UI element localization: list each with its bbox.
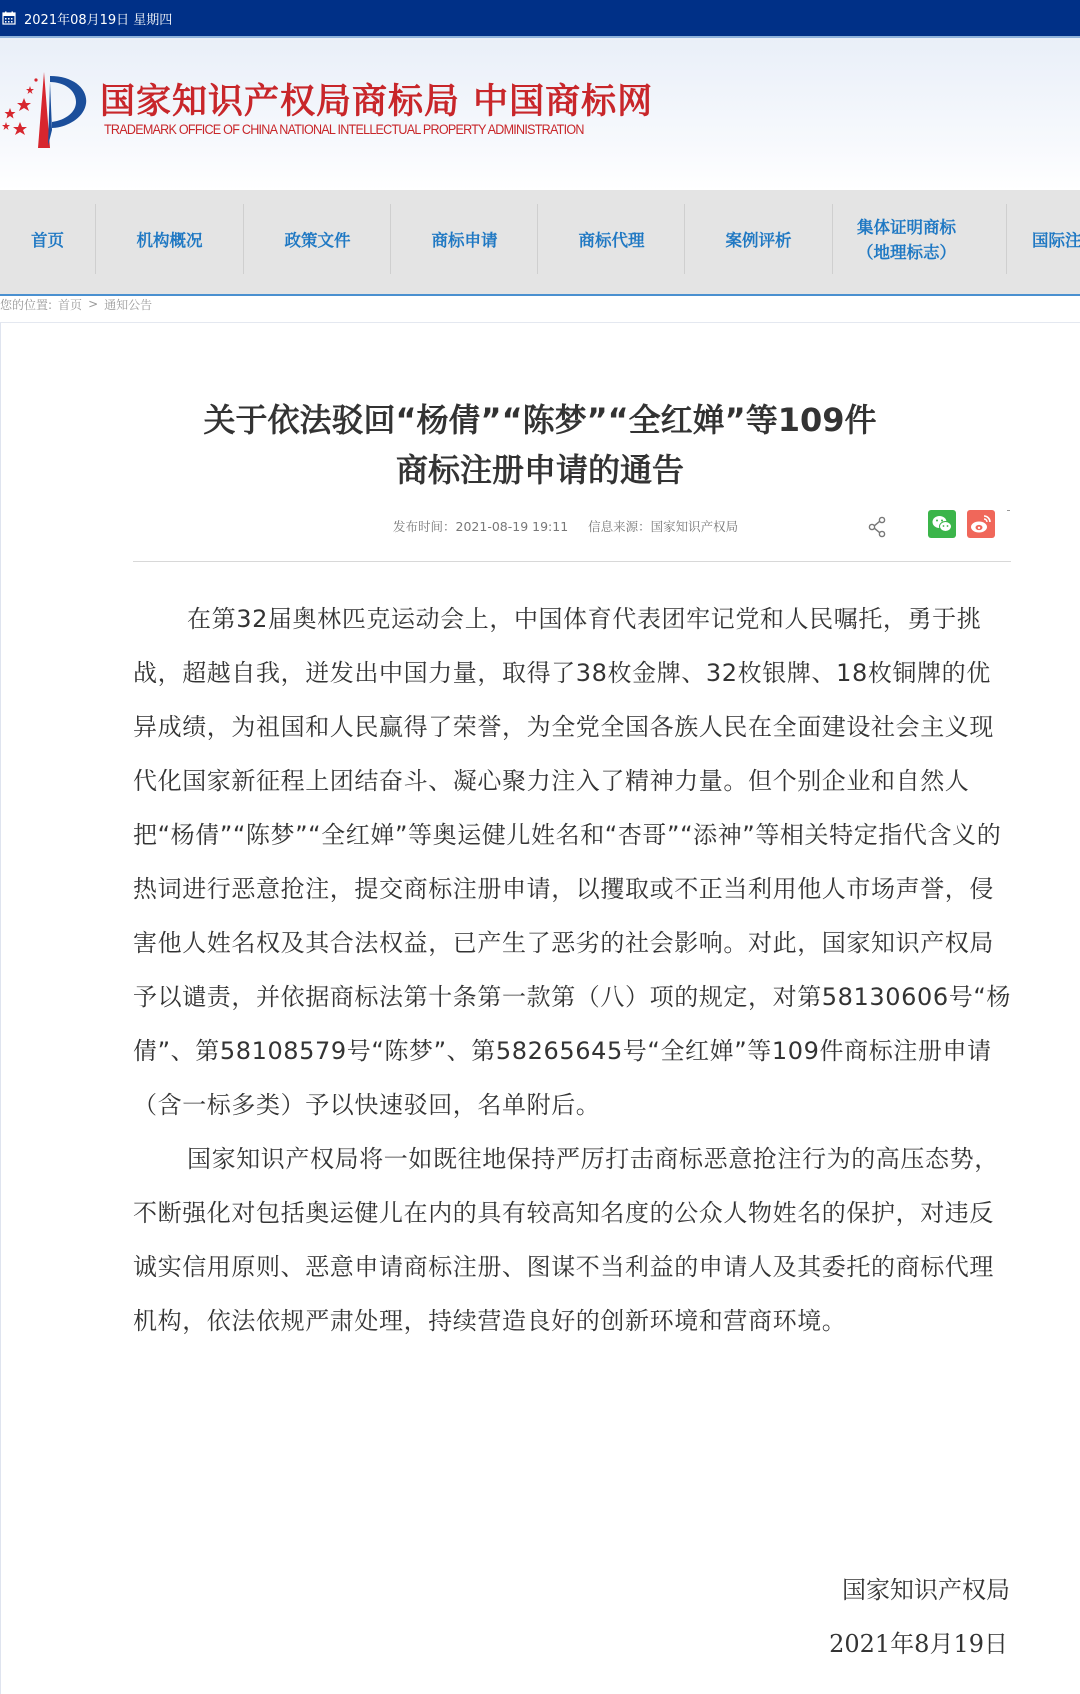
- nav-item-policy[interactable]: 政策文件: [244, 204, 391, 276]
- nav-item-about[interactable]: 机构概况: [96, 204, 243, 276]
- nav-item-agency[interactable]: 商标代理: [538, 204, 685, 276]
- main-nav: 首页 机构概况 政策文件 商标申请 商标代理 案例评析 集体证明商标 （地理标志…: [0, 190, 1080, 296]
- article-meta: 发布时间：2021-08-19 19:11 信息来源：国家知识产权局: [393, 517, 754, 535]
- breadcrumb: 您的位置: 首页 > 通知公告: [0, 293, 158, 315]
- site-header: 国家知识产权局商标局 中国商标网 TRADEMARK OFFICE OF CHI…: [0, 38, 1080, 190]
- meta-divider: [133, 561, 1011, 562]
- breadcrumb-current[interactable]: 通知公告: [104, 296, 152, 313]
- current-date: 2021年08月19日 星期四: [24, 9, 172, 28]
- nav-item-application[interactable]: 商标申请: [391, 204, 538, 276]
- breadcrumb-separator: >: [88, 297, 98, 311]
- source: 信息来源：国家知识产权局: [588, 519, 738, 534]
- site-title-cn: 国家知识产权局商标局 中国商标网: [100, 74, 653, 124]
- site-title-en: TRADEMARK OFFICE OF CHINA NATIONAL INTEL…: [104, 122, 584, 137]
- breadcrumb-home-link[interactable]: 首页: [58, 296, 82, 313]
- nav-item-collective-marks[interactable]: 集体证明商标 （地理标志）: [833, 204, 980, 276]
- nav-divider: [1006, 204, 1007, 274]
- decorative-tick: [1007, 510, 1010, 511]
- nav-item-home[interactable]: 首页: [0, 204, 95, 276]
- signature-date: 2021年8月19日: [829, 1624, 1008, 1659]
- article-paragraph: 在第32届奥林匹克运动会上，中国体育代表团牢记党和人民嘱托，勇于挑战，超越自我，…: [133, 592, 1013, 1132]
- article-paragraph: 国家知识产权局将一如既往地保持严厉打击商标恶意抢注行为的高压态势，不断强化对包括…: [133, 1132, 1013, 1348]
- article-title-line1: 关于依法驳回“杨倩”“陈梦”“全红婵”等109件: [0, 394, 1080, 446]
- breadcrumb-prefix: 您的位置:: [0, 296, 52, 313]
- calendar-icon: [2, 11, 16, 25]
- nav-item-cases[interactable]: 案例评析: [685, 204, 832, 276]
- signature-org: 国家知识产权局: [842, 1570, 1010, 1605]
- article-title-line2: 商标注册申请的通告: [0, 444, 1080, 496]
- top-date-bar: 2021年08月19日 星期四: [0, 0, 1080, 38]
- nav-item-international[interactable]: 国际注: [1010, 204, 1080, 276]
- article-body: 在第32届奥林匹克运动会上，中国体育代表团牢记党和人民嘱托，勇于挑战，超越自我，…: [133, 592, 1013, 1348]
- share-icon[interactable]: [868, 516, 888, 538]
- weibo-icon[interactable]: [967, 510, 995, 538]
- logo-icon[interactable]: [0, 70, 90, 150]
- publish-time: 发布时间：2021-08-19 19:11: [393, 519, 568, 534]
- wechat-icon[interactable]: [928, 510, 956, 538]
